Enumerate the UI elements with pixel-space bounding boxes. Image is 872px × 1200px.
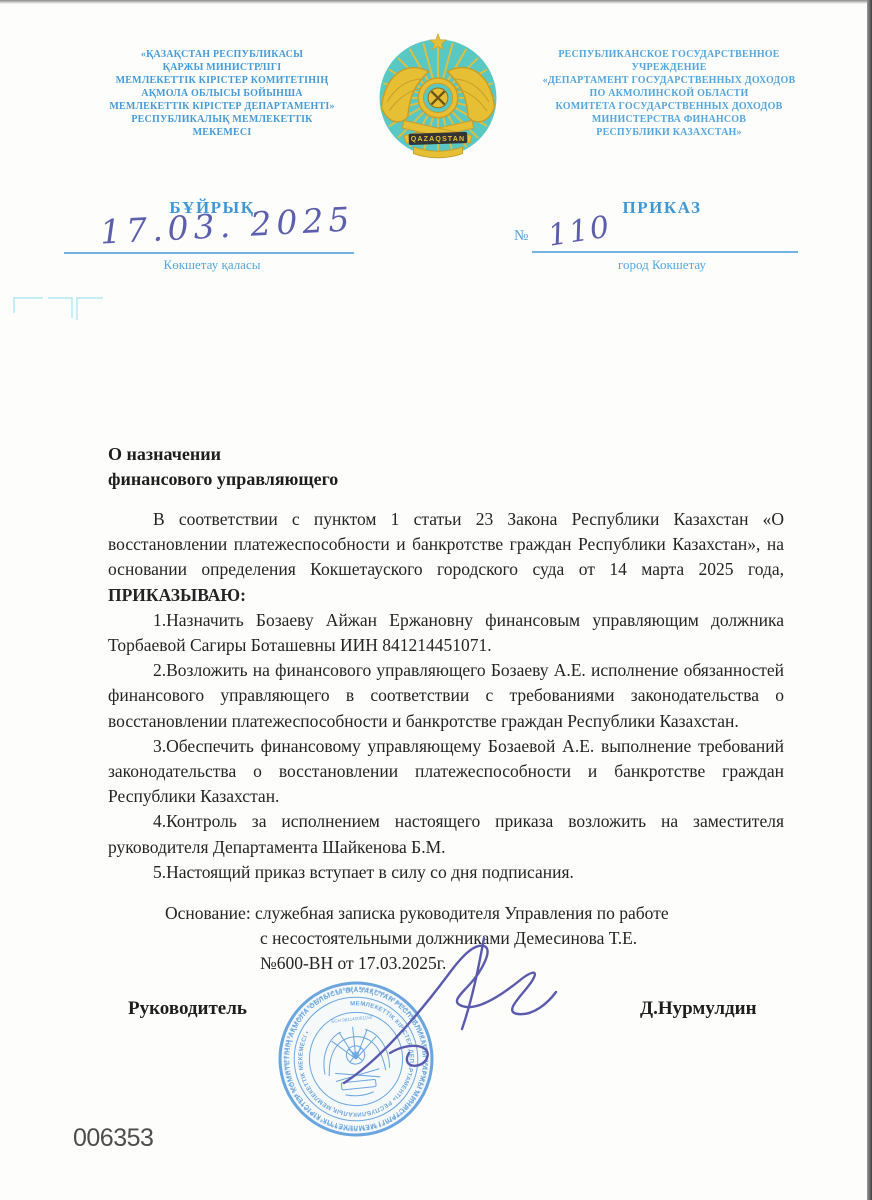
intro-text: В соответствии с пунктом 1 статьи 23 Зак… [108, 509, 784, 579]
registration-mark [48, 297, 73, 318]
order-item: 4.Контроль за исполнением настоящего при… [108, 809, 784, 859]
number-sign: № [514, 228, 528, 245]
city-kazakh: Көкшетау қаласы [62, 257, 362, 273]
date-underline [64, 252, 354, 254]
scanned-order-document: «ҚАЗАҚСТАН РЕСПУБЛИКАСЫ ҚАРЖЫ МИНИСТРЛІГ… [0, 0, 872, 1200]
header-line: РЕСПУБЛИКИ КАЗАХСТАН» [508, 126, 830, 139]
scan-edge [867, 0, 872, 1200]
basis-line: Основание: служебная записка руководител… [165, 901, 784, 926]
subject-line: финансового управляющего [108, 467, 338, 492]
header-line: «ДЕПАРТАМЕНТ ГОСУДАРСТВЕННЫХ ДОХОДОВ [508, 74, 830, 87]
header-line: ПО АКМОЛИНСКОЙ ОБЛАСТИ [508, 87, 830, 100]
signer-position: Руководитель [128, 998, 247, 1020]
header-line: АҚМОЛА ОБЛЫСЫ БОЙЫНША [62, 87, 382, 100]
city-russian: город Кокшетау [512, 257, 812, 273]
order-item: 1.Назначить Бозаеву Айжан Ержановну фина… [108, 608, 784, 658]
order-item: 5.Настоящий приказ вступает в силу со дн… [108, 860, 784, 885]
form-serial-number: 006353 [73, 1124, 153, 1153]
header-org-russian: РЕСПУБЛИКАНСКОЕ ГОСУДАРСТВЕННОЕ УЧРЕЖДЕН… [508, 48, 830, 139]
header-line: «ҚАЗАҚСТАН РЕСПУБЛИКАСЫ [62, 48, 382, 61]
header-line: МЕМЛЕКЕТТІК КІРІСТЕР КОМИТЕТІНІҢ [62, 74, 382, 87]
header-line: МИНИСТЕРСТВА ФИНАНСОВ [508, 113, 830, 126]
intro-keyword: ПРИКАЗЫВАЮ: [108, 585, 246, 605]
header-line: КОМИТЕТА ГОСУДАРСТВЕННЫХ ДОХОДОВ [508, 100, 830, 113]
subject-line: О назначении [108, 442, 338, 467]
header-org-kazakh: «ҚАЗАҚСТАН РЕСПУБЛИКАСЫ ҚАРЖЫ МИНИСТРЛІГ… [62, 48, 382, 139]
intro-paragraph: В соответствии с пунктом 1 статьи 23 Зак… [108, 507, 784, 608]
number-underline [532, 251, 798, 253]
order-body: В соответствии с пунктом 1 статьи 23 Зак… [108, 507, 784, 977]
header-line: УЧРЕЖДЕНИЕ [508, 61, 830, 74]
header-line: РЕСПУБЛИКАЛЫҚ МЕМЛЕКЕТТІК [62, 113, 382, 126]
registration-mark [13, 297, 43, 313]
header-line: РЕСПУБЛИКАНСКОЕ ГОСУДАРСТВЕННОЕ [508, 48, 830, 61]
order-item: 3.Обеспечить финансовому управляющему Бо… [108, 734, 784, 810]
registration-mark [76, 297, 103, 320]
order-subject: О назначении финансового управляющего [108, 442, 338, 492]
order-item: 2.Возложить на финансового управляющего … [108, 658, 784, 734]
emblem-banner-text: QAZAQSTAN [411, 136, 465, 143]
handwritten-signature-icon [332, 933, 564, 1091]
header-line: МЕКЕМЕСІ [62, 126, 382, 139]
header-line: ҚАРЖЫ МИНИСТРЛІГІ [62, 61, 382, 74]
signer-name: Д.Нурмулдин [640, 998, 757, 1020]
order-title-russian: ПРИКАЗ [512, 198, 812, 218]
header-line: МЕМЛЕКЕТТІК КІРІСТЕР ДЕПАРТАМЕНТІ» [62, 100, 382, 113]
kazakhstan-coat-of-arms-icon: QAZAQSTAN [372, 26, 504, 166]
